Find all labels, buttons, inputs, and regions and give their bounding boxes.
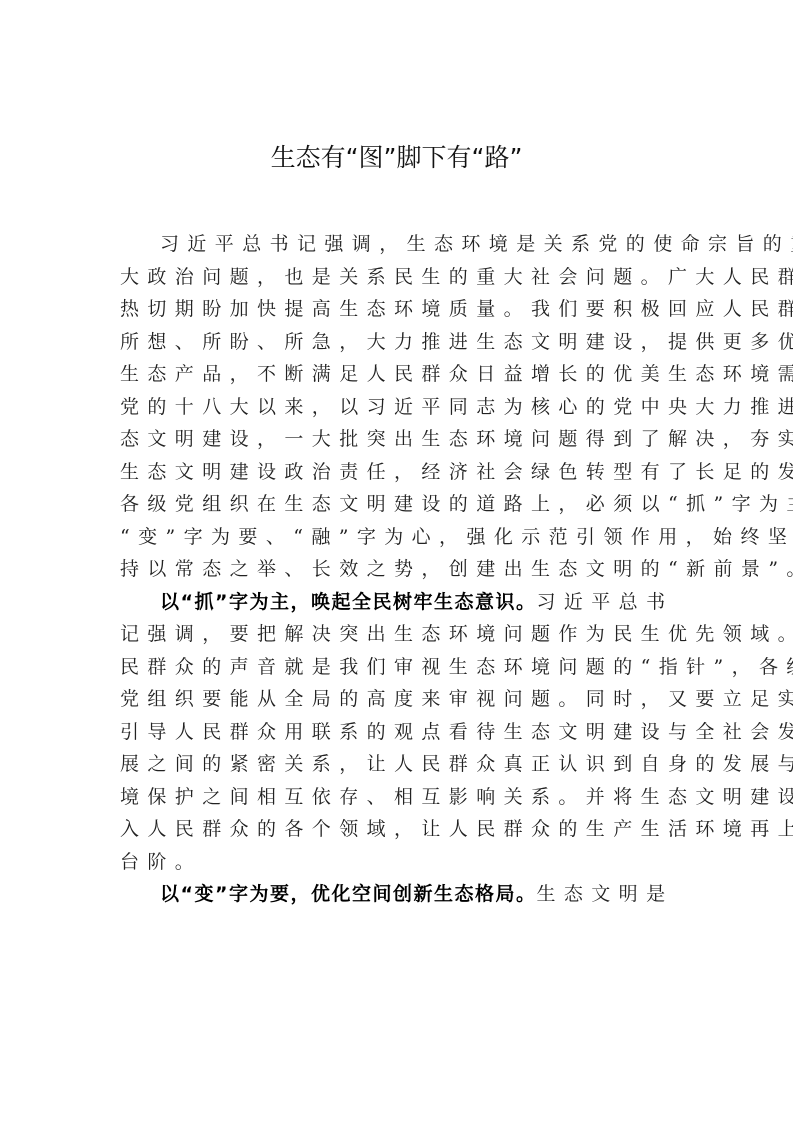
text-line: “变”字为要、“融”字为心，强化示范引领作用，始终坚: [120, 521, 676, 554]
text-line: 各级党组织在生态文明建设的道路上，必须以“抓”字为主、: [120, 488, 676, 521]
text-line: 态文明建设，一大批突出生态环境问题得到了解决，夯实了: [120, 423, 676, 456]
text-line: 台阶。: [120, 846, 676, 879]
line-text: 各级党组织在生态文明建设的道路上，必须以“抓”字为主、: [120, 493, 793, 515]
section-heading: 以“变”字为要，优化空间创新生态格局。: [160, 883, 536, 905]
line-text: 入人民群众的各个领域，让人民群众的生产生活环境再上新: [120, 818, 793, 840]
text-line: 以“变”字为要，优化空间创新生态格局。生态文明是: [120, 878, 676, 911]
line-text: 态文明建设，一大批突出生态环境问题得到了解决，夯实了: [120, 428, 793, 450]
text-line: 党的十八大以来，以习近平同志为核心的党中央大力推进生: [120, 391, 676, 424]
line-text: 展之间的紧密关系，让人民群众真正认识到自身的发展与环: [120, 753, 793, 775]
text-line: 生态产品，不断满足人民群众日益增长的优美生态环境需要。: [120, 358, 676, 391]
line-text: 党的十八大以来，以习近平同志为核心的党中央大力推进生: [120, 396, 793, 418]
line-text: 生态文明建设政治责任，经济社会绿色转型有了长足的发展。: [120, 461, 793, 483]
text-line: 入人民群众的各个领域，让人民群众的生产生活环境再上新: [120, 813, 676, 846]
text-line: 热切期盼加快提高生态环境质量。我们要积极回应人民群众: [120, 293, 676, 326]
document-title: 生态有“图”脚下有“路”: [0, 138, 793, 178]
text-line: 以“抓”字为主，唤起全民树牢生态意识。习近平总书: [120, 586, 676, 619]
line-text: 民群众的声音就是我们审视生态环境问题的“指针”，各级: [120, 656, 793, 678]
line-text: 境保护之间相互依存、相互影响关系。并将生态文明建设融: [120, 786, 793, 808]
text-line: 境保护之间相互依存、相互影响关系。并将生态文明建设融: [120, 781, 676, 814]
section-heading: 以“抓”字为主，唤起全民树牢生态意识。: [160, 591, 536, 613]
text-line: 党组织要能从全局的高度来审视问题。同时，又要立足实际，: [120, 683, 676, 716]
line-text: 持以常态之举、长效之势，创建出生态文明的“新前景”。: [120, 558, 793, 580]
line-text: “变”字为要、“融”字为心，强化示范引领作用，始终坚: [120, 526, 793, 548]
line-text: 记强调，要把解决突出生态环境问题作为民生优先领域。人: [120, 623, 793, 645]
line-text: 党组织要能从全局的高度来审视问题。同时，又要立足实际，: [120, 688, 793, 710]
line-text: 热切期盼加快提高生态环境质量。我们要积极回应人民群众: [120, 298, 793, 320]
line-text: 大政治问题，也是关系民生的重大社会问题。广大人民群众: [120, 266, 793, 288]
text-line: 生态文明建设政治责任，经济社会绿色转型有了长足的发展。: [120, 456, 676, 489]
text-line: 民群众的声音就是我们审视生态环境问题的“指针”，各级: [120, 651, 676, 684]
text-line: 记强调，要把解决突出生态环境问题作为民生优先领域。人: [120, 618, 676, 651]
text-line: 所想、所盼、所急，大力推进生态文明建设，提供更多优质: [120, 326, 676, 359]
line-text: 所想、所盼、所急，大力推进生态文明建设，提供更多优质: [120, 331, 793, 353]
line-text: 生态文明是: [536, 883, 673, 905]
line-text: 习近平总书记强调，生态环境是关系党的使命宗旨的重: [160, 233, 793, 255]
text-line: 展之间的紧密关系，让人民群众真正认识到自身的发展与环: [120, 748, 676, 781]
text-line: 持以常态之举、长效之势，创建出生态文明的“新前景”。: [120, 553, 676, 586]
text-line: 习近平总书记强调，生态环境是关系党的使命宗旨的重: [120, 228, 676, 261]
document-page: 生态有“图”脚下有“路” 习近平总书记强调，生态环境是关系党的使命宗旨的重 大政…: [0, 0, 793, 1122]
text-line: 引导人民群众用联系的观点看待生态文明建设与全社会发: [120, 716, 676, 749]
document-body: 习近平总书记强调，生态环境是关系党的使命宗旨的重 大政治问题，也是关系民生的重大…: [120, 228, 676, 911]
line-text: 引导人民群众用联系的观点看待生态文明建设与全社会发: [120, 721, 793, 743]
line-text: 台阶。: [120, 851, 202, 873]
text-line: 大政治问题，也是关系民生的重大社会问题。广大人民群众: [120, 261, 676, 294]
line-text: 习近平总书: [536, 591, 673, 613]
line-text: 生态产品，不断满足人民群众日益增长的优美生态环境需要。: [120, 363, 793, 385]
